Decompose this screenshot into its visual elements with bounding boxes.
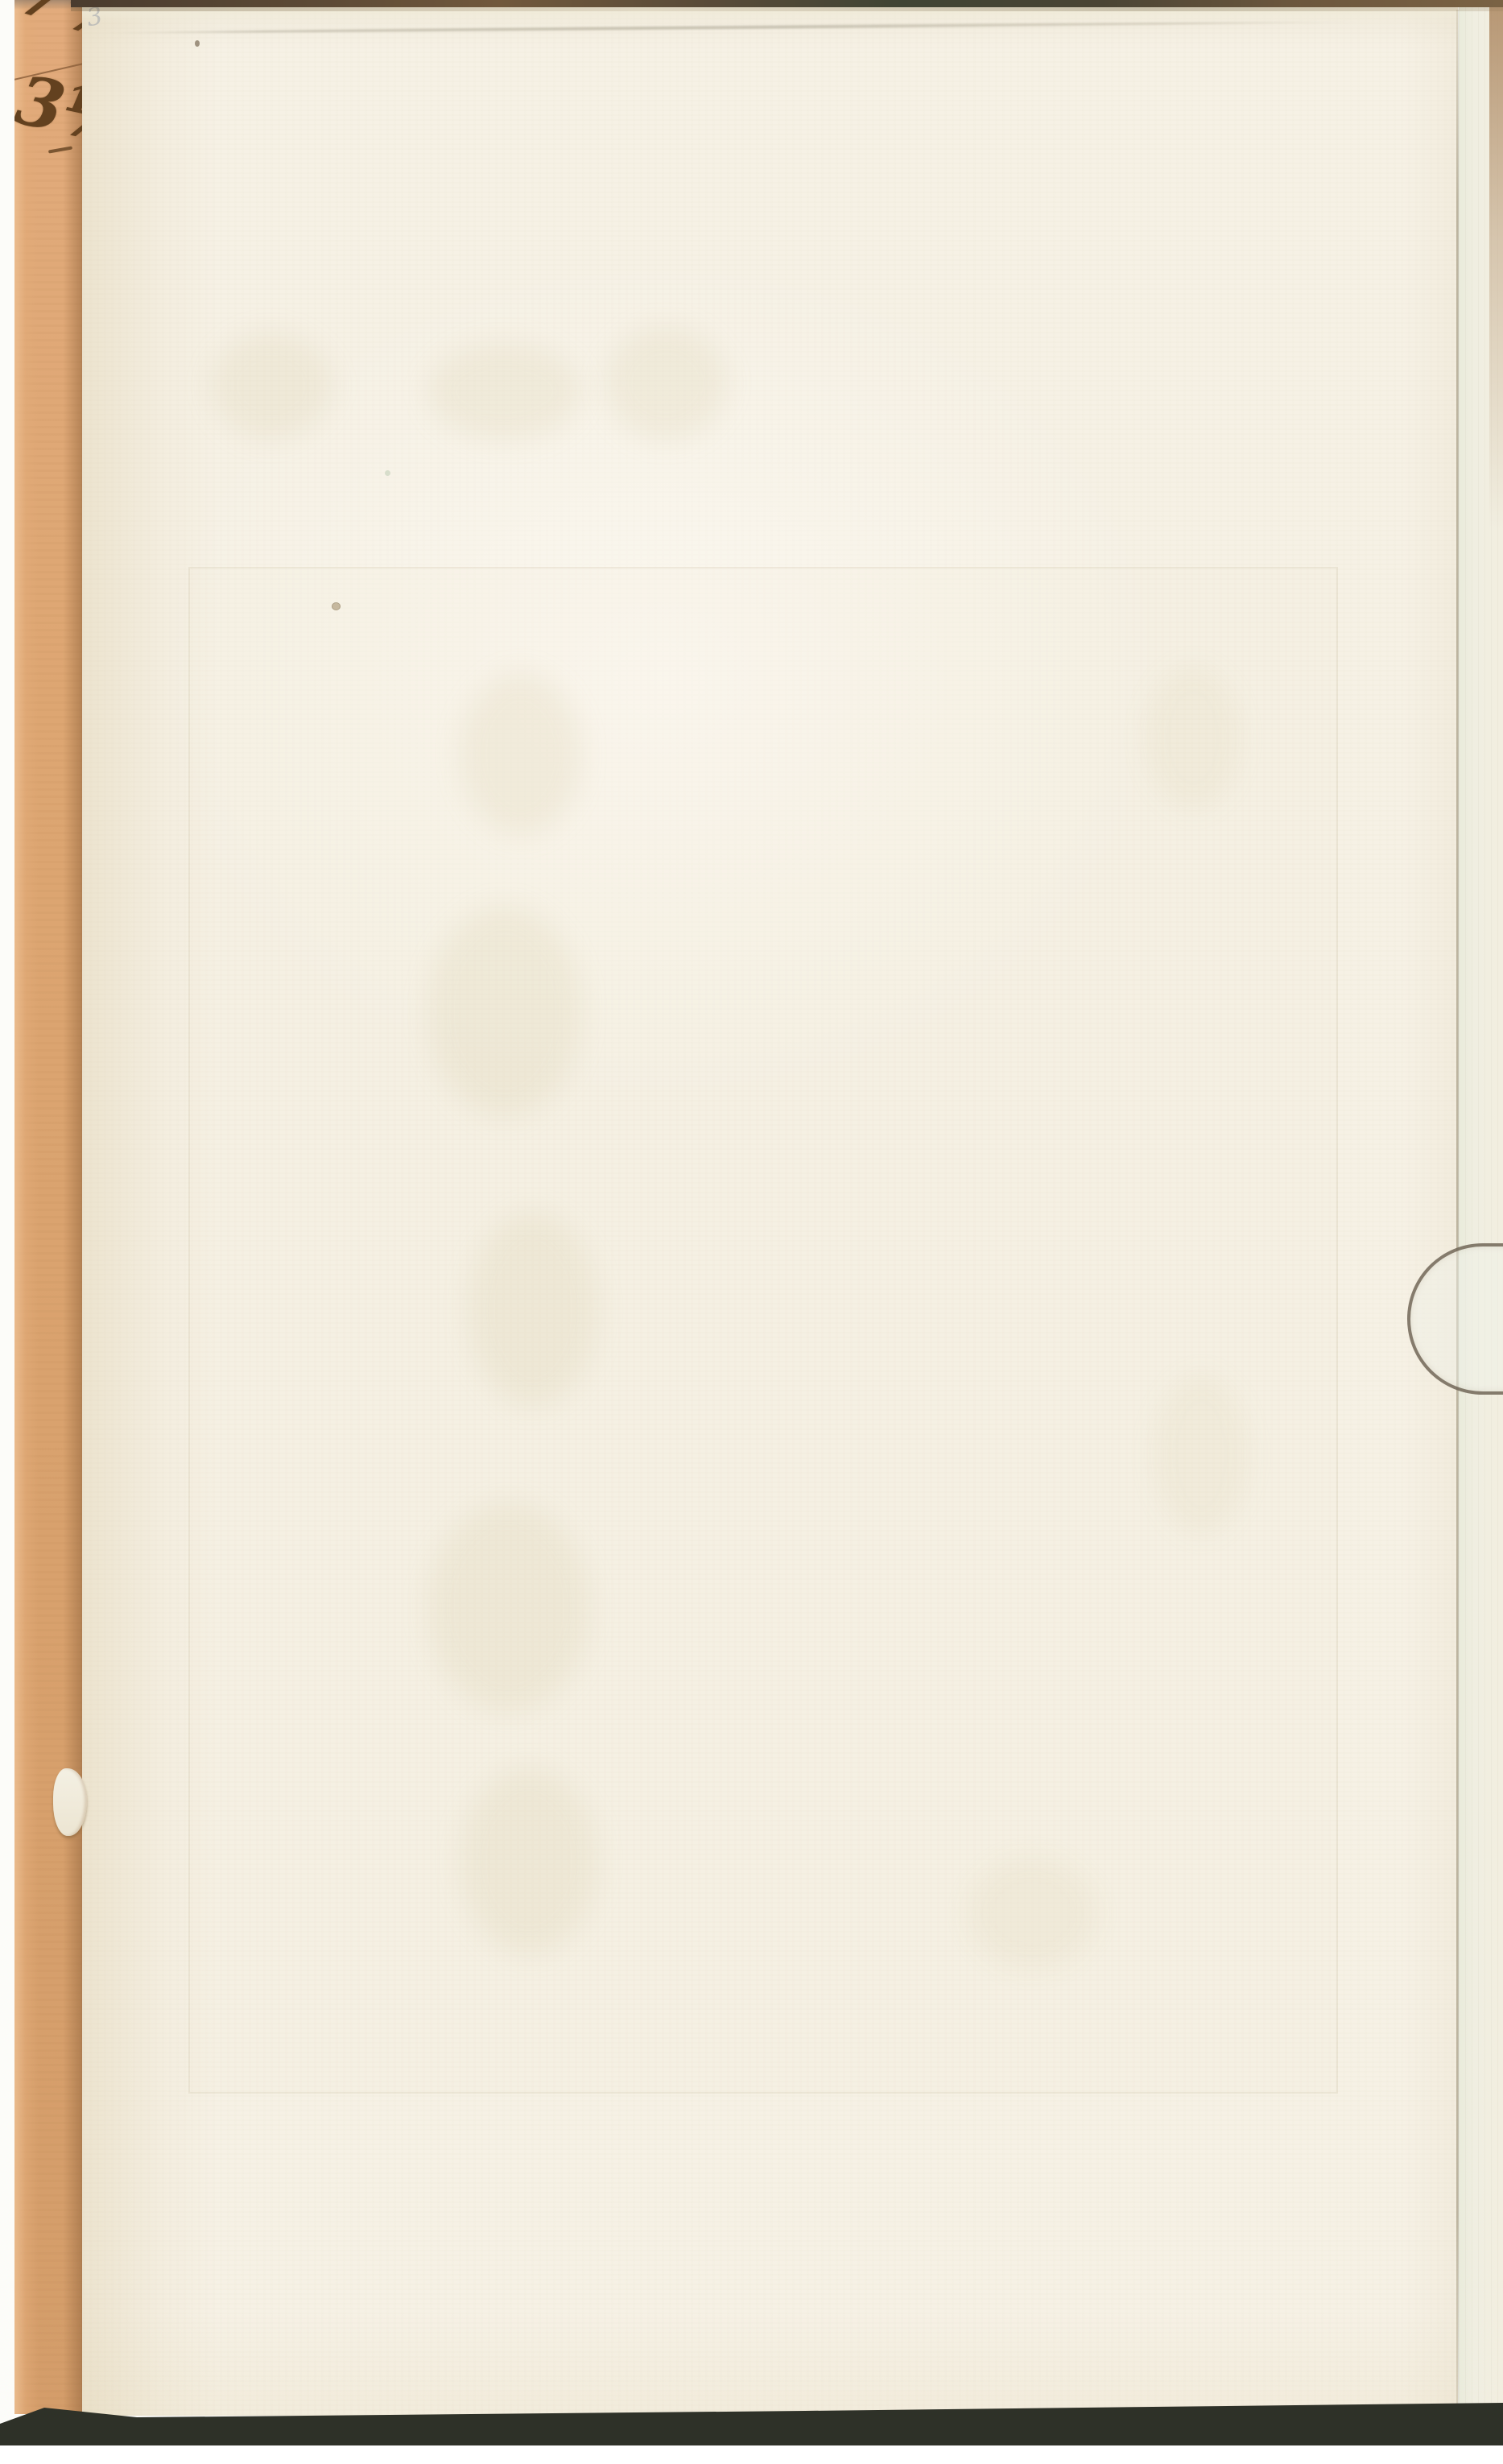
scan-bottom-margin [0, 2445, 1503, 2464]
bleed-through-blob [1153, 1374, 1249, 1535]
paper-speck [332, 602, 341, 610]
scan-top-edge-shadow [71, 7, 1503, 11]
bleed-through-blob [469, 1213, 597, 1406]
scan-right-edge-tint [1489, 0, 1503, 531]
handwritten-annotation-bottom: 3½ [14, 66, 84, 157]
bleed-through-blob [428, 343, 581, 440]
binding-stub-strip: 7½ 3½ [14, 0, 84, 2414]
bleed-through-blob [1145, 665, 1241, 810]
paper-speck [385, 470, 390, 476]
bleed-through-blob [605, 327, 726, 440]
bleed-through-blob [968, 1857, 1096, 1970]
bleed-through-blob [460, 673, 581, 834]
scan-top-edge [71, 0, 1503, 7]
page-edge-line [1456, 10, 1459, 2406]
ink-underline-stroke [48, 146, 72, 153]
bleed-through-blob [211, 333, 332, 438]
paper-speck [195, 40, 200, 47]
book-page-scan: 7½ 3½ 3 [0, 0, 1503, 2464]
blank-page: 3 [82, 5, 1458, 2416]
scan-left-margin [0, 0, 16, 2464]
bleed-through-blob [460, 1768, 597, 1953]
bleed-through-blob [428, 907, 581, 1116]
bleed-through-blob [428, 1503, 589, 1712]
